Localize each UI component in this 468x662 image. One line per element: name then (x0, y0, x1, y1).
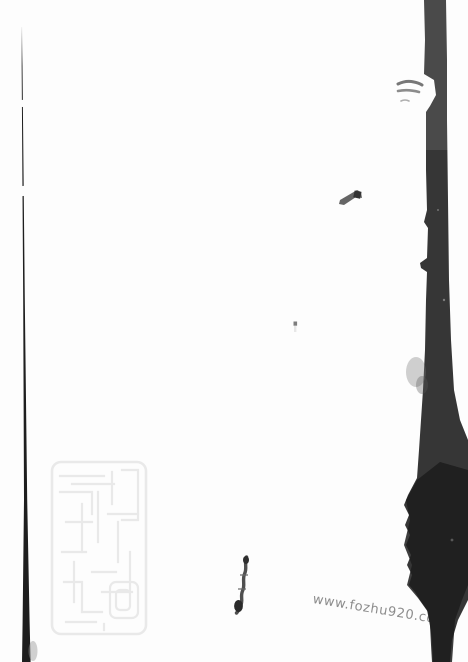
fold-line-fade (17, 24, 28, 66)
left-fold-line (17, 24, 38, 662)
ink-dot-tail (294, 326, 296, 332)
ink-scribble-group (398, 81, 422, 101)
spine-side-smudge-2 (416, 376, 428, 394)
ink-dash-head (243, 556, 249, 564)
ink-scribble-1 (398, 81, 422, 85)
scan-page: www.fozhu920.com (0, 0, 468, 662)
spine-speck-3 (451, 539, 454, 542)
ink-scribble-3 (401, 100, 409, 101)
spine-dark-blob (404, 462, 468, 662)
fold-line-gap-1 (18, 99, 28, 107)
ink-dash-mark (234, 556, 249, 613)
fold-line-gap-2 (17, 185, 28, 196)
ink-dot (294, 322, 298, 326)
ink-flag-mark (339, 190, 362, 205)
ink-dot-mark (294, 322, 298, 333)
spine-light-top (422, 0, 450, 150)
ink-scribble-2 (398, 90, 419, 92)
artifact-layer (0, 0, 468, 662)
ink-dash-foot (234, 600, 243, 612)
fold-line-shape (21, 27, 30, 662)
right-spine-bar (404, 0, 468, 662)
ink-flag-nub (353, 190, 361, 198)
spine-speck-2 (437, 209, 439, 211)
fold-line-bottom-smudge (29, 641, 38, 661)
spine-speck-1 (443, 299, 445, 301)
